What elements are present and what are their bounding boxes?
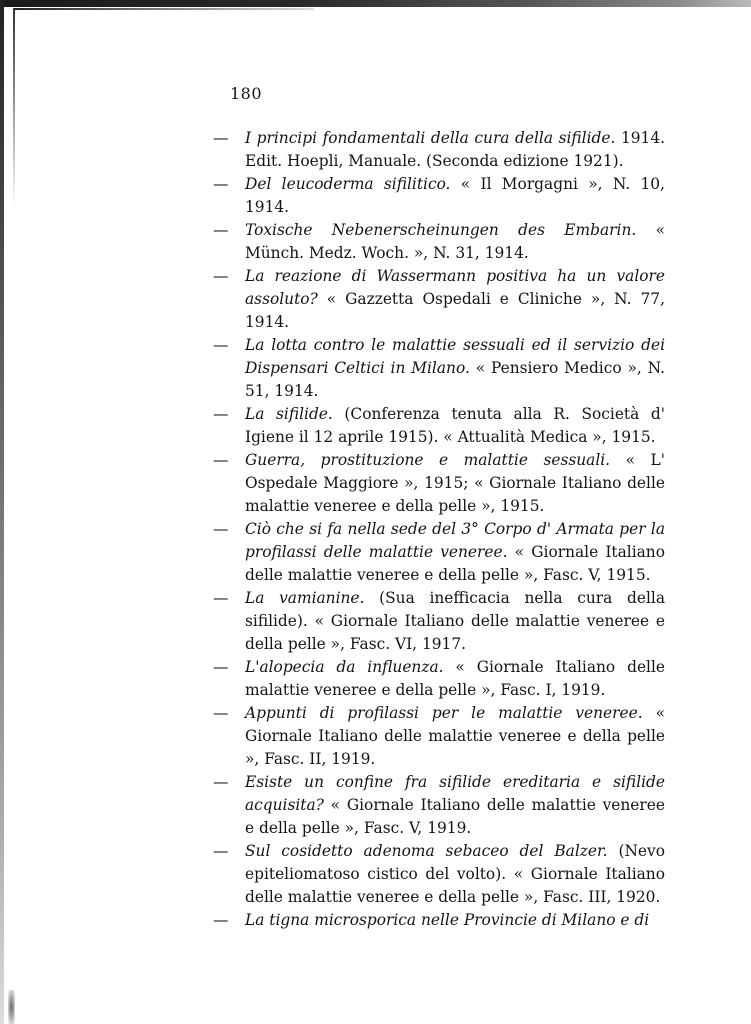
page-number: 180	[230, 84, 262, 103]
entry-dash: —	[213, 173, 245, 196]
scan-edge-left-inner	[13, 8, 15, 208]
entry-title: La sifilide.	[245, 405, 333, 423]
entry-title: La vamianine.	[245, 589, 364, 607]
bibliography-entry: —Sul cosidetto adenoma sebaceo del Balze…	[213, 840, 665, 909]
bibliography-entry: —I principi fondamentali della cura dell…	[213, 127, 665, 173]
scan-edge-top-line	[14, 8, 314, 10]
bibliography-entry: —La vamianine. (Sua inefficacia nella cu…	[213, 587, 665, 656]
entry-title: Appunti di profilassi per le malattie ve…	[245, 704, 643, 722]
bibliography-list: —I principi fondamentali della cura dell…	[213, 127, 665, 932]
scan-edge-left	[0, 0, 4, 1024]
bibliography-entry: —Esiste un confine fra sifilide ereditar…	[213, 771, 665, 840]
bibliography-entry: —Ciò che si fa nella sede del 3° Corpo d…	[213, 518, 665, 587]
entry-dash: —	[213, 219, 245, 242]
entry-dash: —	[213, 656, 245, 679]
entry-dash: —	[213, 771, 245, 794]
entry-title: L'alopecia da influenza.	[245, 658, 444, 676]
bibliography-entry: —Toxische Nebenerscheinungen des Embarin…	[213, 219, 665, 265]
bibliography-entry: —La reazione di Wassermann positiva ha u…	[213, 265, 665, 334]
scan-edge-top	[0, 0, 751, 7]
entry-dash: —	[213, 127, 245, 150]
bibliography-entry: —La sifilide. (Conferenza tenuta alla R.…	[213, 403, 665, 449]
entry-dash: —	[213, 518, 245, 541]
entry-dash: —	[213, 334, 245, 357]
bibliography-entry: —L'alopecia da influenza. « Giornale Ita…	[213, 656, 665, 702]
bibliography-entry: —Appunti di profilassi per le malattie v…	[213, 702, 665, 771]
bibliography-entry: —Del leucoderma sifilitico. « Il Morgagn…	[213, 173, 665, 219]
entry-dash: —	[213, 587, 245, 610]
entry-dash: —	[213, 702, 245, 725]
entry-dash: —	[213, 403, 245, 426]
bibliography-entry: —La tigna microsporica nelle Provincie d…	[213, 909, 665, 932]
entry-title: Toxische Nebenerscheinungen des Embarin.	[245, 221, 636, 239]
entry-title: La tigna microsporica nelle Provincie di…	[245, 911, 649, 929]
entry-title: Sul cosidetto adenoma sebaceo del Balzer…	[245, 842, 608, 860]
entry-dash: —	[213, 449, 245, 472]
bibliography-entry: —La lotta contro le malattie sessuali ed…	[213, 334, 665, 403]
entry-dash: —	[213, 840, 245, 863]
entry-title: Guerra, prostituzione e malattie sessual…	[245, 451, 610, 469]
scan-smudge	[8, 990, 15, 1024]
entry-dash: —	[213, 909, 245, 932]
entry-title: Del leucoderma sifilitico.	[245, 175, 450, 193]
bibliography-entry: —Guerra, prostituzione e malattie sessua…	[213, 449, 665, 518]
entry-dash: —	[213, 265, 245, 288]
entry-title: I principi fondamentali della cura della…	[245, 129, 615, 147]
